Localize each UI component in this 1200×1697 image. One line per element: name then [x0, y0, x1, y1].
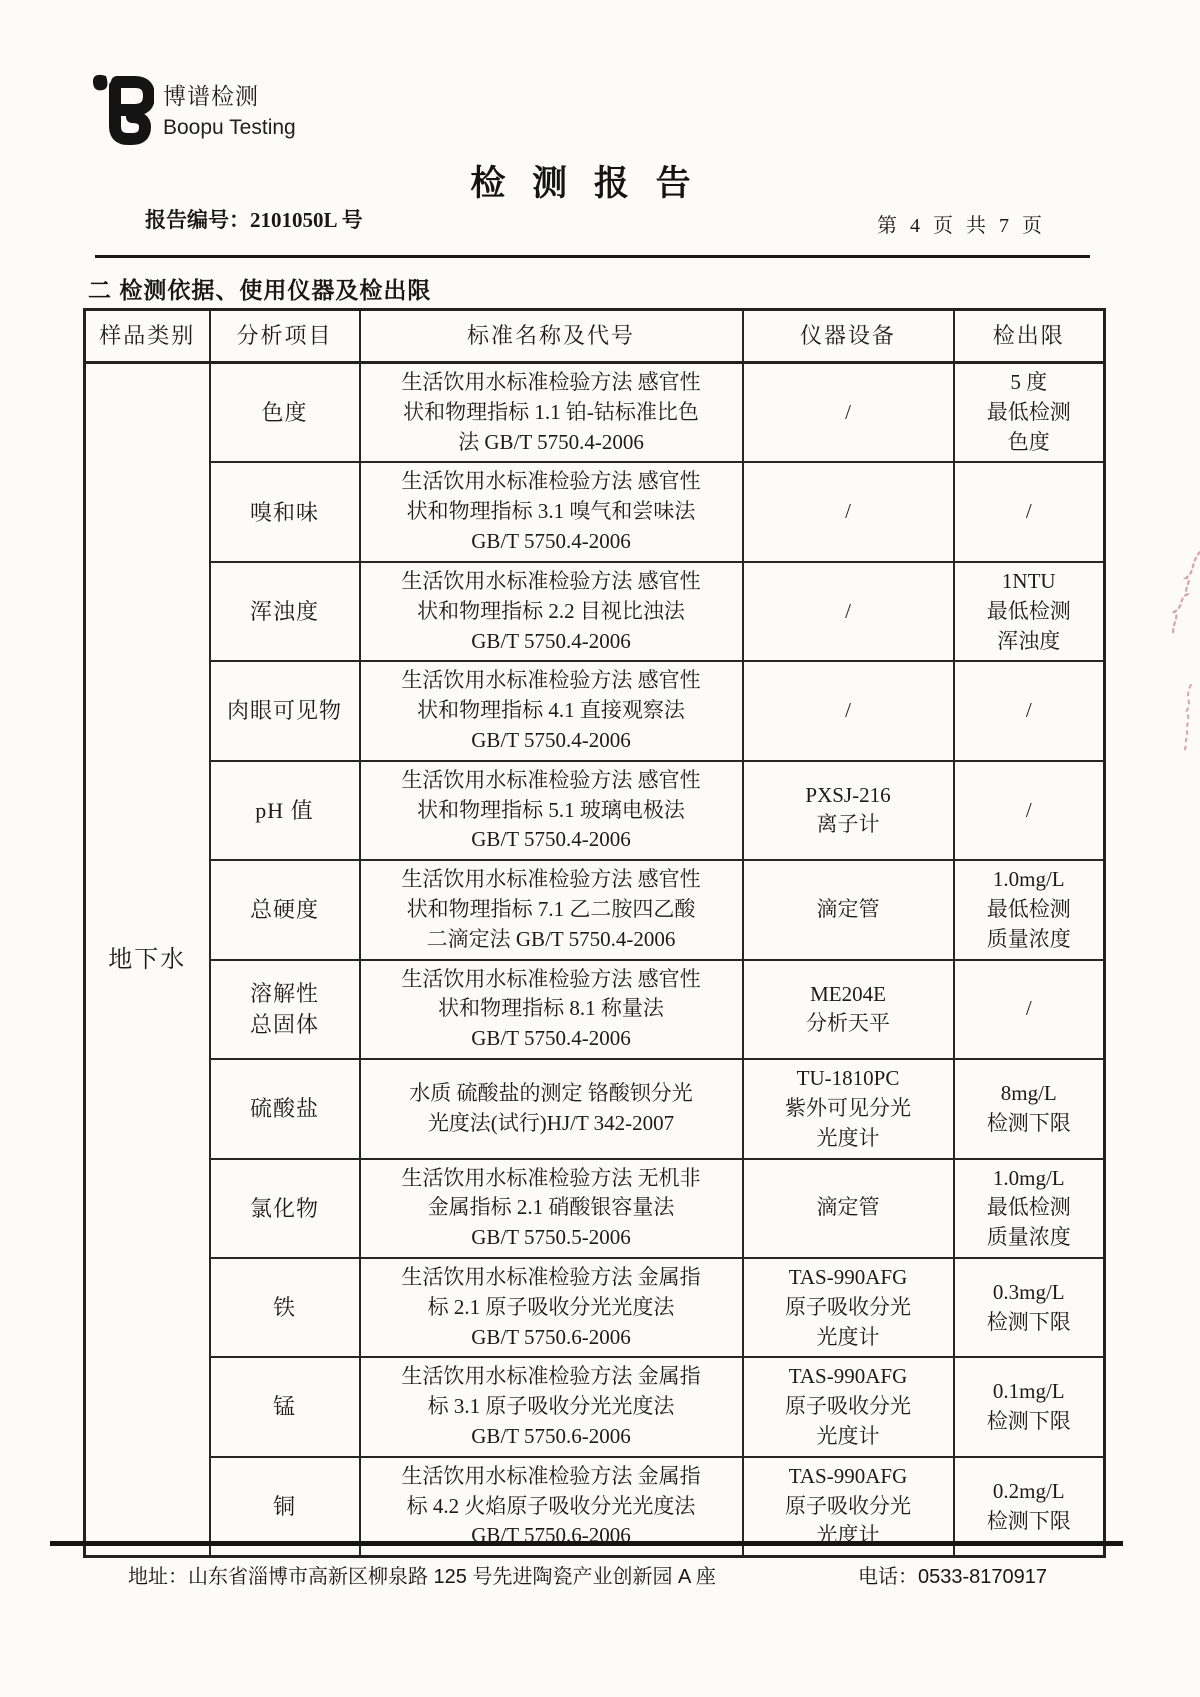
standard-cell: 水质 硫酸盐的测定 铬酸钡分光 光度法(试行)HJ/T 342-2007	[360, 1059, 743, 1158]
footer-rule	[50, 1541, 1123, 1546]
boopu-logo-icon	[84, 70, 154, 150]
standard-cell: 生活饮用水标准检验方法 感官性 状和物理指标 5.1 玻璃电极法 GB/T 57…	[360, 761, 743, 860]
table-row: 地下水色度生活饮用水标准检验方法 感官性 状和物理指标 1.1 铂-钴标准比色 …	[85, 363, 1105, 463]
col-header-sample-category: 样品类别	[85, 310, 210, 363]
item-cell: 溶解性 总固体	[210, 960, 360, 1059]
instrument-cell: /	[743, 462, 954, 561]
item-cell: 色度	[210, 363, 360, 463]
item-cell: pH 值	[210, 761, 360, 860]
methods-table: 样品类别 分析项目 标准名称及代号 仪器设备 检出限 地下水色度生活饮用水标准检…	[83, 308, 1106, 1558]
table-row: 总硬度生活饮用水标准检验方法 感官性 状和物理指标 7.1 乙二胺四乙酸 二滴定…	[85, 860, 1105, 959]
sample-category-cell: 地下水	[85, 363, 210, 1557]
instrument-cell: TAS-990AFG 原子吸收分光 光度计	[743, 1357, 954, 1456]
table-row: 溶解性 总固体生活饮用水标准检验方法 感官性 状和物理指标 8.1 称量法 GB…	[85, 960, 1105, 1059]
item-cell: 嗅和味	[210, 462, 360, 561]
report-number-line: 报告编号：2101050L 号	[145, 204, 363, 234]
instrument-cell: /	[743, 363, 954, 463]
instrument-cell: /	[743, 562, 954, 661]
limit-cell: 0.3mg/L 检测下限	[954, 1258, 1105, 1357]
header-rule	[95, 255, 1090, 258]
table-row: 嗅和味生活饮用水标准检验方法 感官性 状和物理指标 3.1 嗅气和尝味法 GB/…	[85, 462, 1105, 561]
standard-cell: 生活饮用水标准检验方法 感官性 状和物理指标 7.1 乙二胺四乙酸 二滴定法 G…	[360, 860, 743, 959]
report-page: 博谱检测 Boopu Testing 检 测 报 告 报告编号：2101050L…	[0, 0, 1200, 1697]
limit-cell: 1.0mg/L 最低检测 质量浓度	[954, 860, 1105, 959]
item-cell: 硫酸盐	[210, 1059, 360, 1158]
standard-cell: 生活饮用水标准检验方法 感官性 状和物理指标 4.1 直接观察法 GB/T 57…	[360, 661, 743, 760]
red-pen-mark-icon	[1176, 682, 1200, 754]
limit-cell: /	[954, 761, 1105, 860]
limit-cell: 0.1mg/L 检测下限	[954, 1357, 1105, 1456]
standard-cell: 生活饮用水标准检验方法 无机非 金属指标 2.1 硝酸银容量法 GB/T 575…	[360, 1159, 743, 1258]
item-cell: 氯化物	[210, 1159, 360, 1258]
report-number-label: 报告编号：	[145, 208, 250, 232]
logo-text-block: 博谱检测 Boopu Testing	[163, 82, 296, 141]
item-cell: 锰	[210, 1357, 360, 1456]
logo-name-en: Boopu Testing	[163, 115, 296, 141]
logo-name-cn: 博谱检测	[163, 82, 296, 111]
limit-cell: 1.0mg/L 最低检测 质量浓度	[954, 1159, 1105, 1258]
red-pen-mark-icon	[1158, 548, 1200, 644]
col-header-analysis-item: 分析项目	[210, 310, 360, 363]
report-title: 检 测 报 告	[0, 156, 1170, 206]
instrument-cell: 滴定管	[743, 1159, 954, 1258]
instrument-cell: /	[743, 661, 954, 760]
standard-cell: 生活饮用水标准检验方法 感官性 状和物理指标 8.1 称量法 GB/T 5750…	[360, 960, 743, 1059]
item-cell: 肉眼可见物	[210, 661, 360, 760]
table-row: pH 值生活饮用水标准检验方法 感官性 状和物理指标 5.1 玻璃电极法 GB/…	[85, 761, 1105, 860]
limit-cell: 8mg/L 检测下限	[954, 1059, 1105, 1158]
standard-cell: 生活饮用水标准检验方法 感官性 状和物理指标 2.2 目视比浊法 GB/T 57…	[360, 562, 743, 661]
table-header-row: 样品类别 分析项目 标准名称及代号 仪器设备 检出限	[85, 310, 1105, 363]
instrument-cell: ME204E 分析天平	[743, 960, 954, 1059]
item-cell: 浑浊度	[210, 562, 360, 661]
limit-cell: /	[954, 960, 1105, 1059]
instrument-cell: PXSJ-216 离子计	[743, 761, 954, 860]
item-cell: 铁	[210, 1258, 360, 1357]
instrument-cell: TU-1810PC 紫外可见分光 光度计	[743, 1059, 954, 1158]
table-row: 肉眼可见物生活饮用水标准检验方法 感官性 状和物理指标 4.1 直接观察法 GB…	[85, 661, 1105, 760]
instrument-cell: TAS-990AFG 原子吸收分光 光度计	[743, 1258, 954, 1357]
table-row: 氯化物生活饮用水标准检验方法 无机非 金属指标 2.1 硝酸银容量法 GB/T …	[85, 1159, 1105, 1258]
standard-cell: 生活饮用水标准检验方法 金属指 标 2.1 原子吸收分光光度法 GB/T 575…	[360, 1258, 743, 1357]
standard-cell: 生活饮用水标准检验方法 感官性 状和物理指标 1.1 铂-钴标准比色 法 GB/…	[360, 363, 743, 463]
report-number-value: 2101050L 号	[250, 208, 363, 232]
table-row: 锰生活饮用水标准检验方法 金属指 标 3.1 原子吸收分光光度法 GB/T 57…	[85, 1357, 1105, 1456]
standard-cell: 生活饮用水标准检验方法 感官性 状和物理指标 3.1 嗅气和尝味法 GB/T 5…	[360, 462, 743, 561]
item-cell: 总硬度	[210, 860, 360, 959]
table-row: 铁生活饮用水标准检验方法 金属指 标 2.1 原子吸收分光光度法 GB/T 57…	[85, 1258, 1105, 1357]
table-row: 硫酸盐水质 硫酸盐的测定 铬酸钡分光 光度法(试行)HJ/T 342-2007T…	[85, 1059, 1105, 1158]
col-header-instrument: 仪器设备	[743, 310, 954, 363]
limit-cell: 5 度 最低检测 色度	[954, 363, 1105, 463]
table-row: 浑浊度生活饮用水标准检验方法 感官性 状和物理指标 2.2 目视比浊法 GB/T…	[85, 562, 1105, 661]
page-indicator: 第 4 页 共 7 页	[877, 209, 1046, 238]
footer-phone: 电话：0533-8170917	[858, 1560, 1047, 1589]
standard-cell: 生活饮用水标准检验方法 金属指 标 3.1 原子吸收分光光度法 GB/T 575…	[360, 1357, 743, 1456]
footer-address: 地址：山东省淄博市高新区柳泉路 125 号先进陶瓷产业创新园 A 座	[128, 1560, 716, 1589]
col-header-standard-name: 标准名称及代号	[360, 310, 743, 363]
instrument-cell: 滴定管	[743, 860, 954, 959]
limit-cell: 1NTU 最低检测 浑浊度	[954, 562, 1105, 661]
limit-cell: /	[954, 661, 1105, 760]
section-heading: 二 检测依据、使用仪器及检出限	[88, 272, 431, 305]
col-header-detection-limit: 检出限	[954, 310, 1105, 363]
limit-cell: /	[954, 462, 1105, 561]
